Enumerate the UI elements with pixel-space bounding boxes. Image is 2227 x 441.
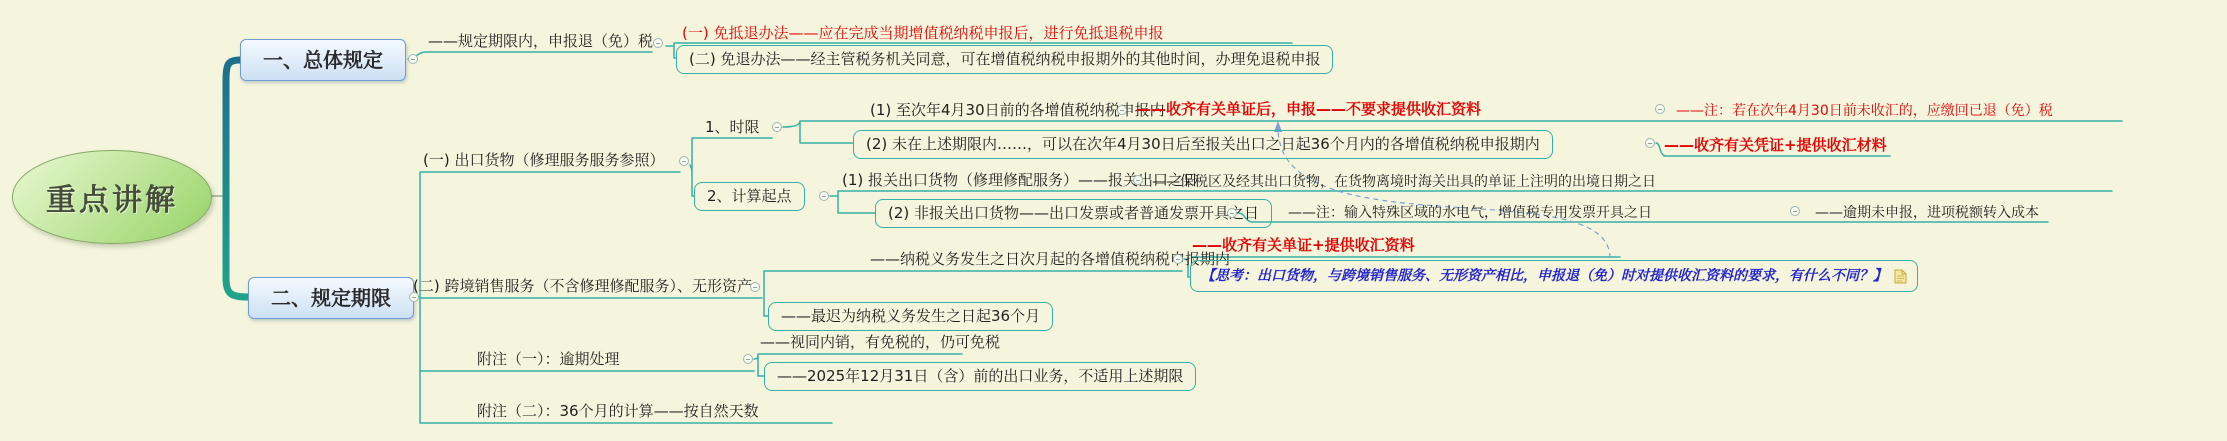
topic-general-rules[interactable]: 一、总体规定 (240, 39, 406, 81)
topic-export-goods[interactable]: (一) 出口货物（修理服务服务参照） (423, 151, 664, 170)
topic-exempt-refund-method[interactable]: (二) 免退办法——经主管税务机关同意，可在增值税纳税申报期外的其他时间，办理免… (676, 45, 1333, 74)
collapse-icon[interactable] (750, 282, 760, 292)
topic-declare-within-period[interactable]: ——规定期限内，申报退（免）税 (428, 32, 653, 51)
topic-time-limit[interactable]: 1、时限 (705, 118, 760, 137)
topic-think-question[interactable]: 【思考：出口货物，与跨境销售服务、无形资产相比，申报退（免）时对提供收汇资料的要… (1190, 260, 1918, 292)
topic-annex2-36month-counting[interactable]: 附注（二）：36个月的计算——按自然天数 (477, 402, 759, 421)
collapse-icon[interactable] (819, 191, 829, 201)
collapse-icon[interactable] (1117, 105, 1127, 115)
topic-bonded-zone-note[interactable]: ——保税区及经其出口货物，在货物离境时海关出具的单证上注明的出境日期之日 (1152, 173, 1656, 191)
collapse-icon[interactable] (1790, 206, 1800, 216)
topic-exempt-credit-refund-method[interactable]: (一) 免抵退办法——应在完成当期增值税纳税申报后，进行免抵退税申报 (682, 24, 1163, 43)
topic-prescribed-period[interactable]: 二、规定期限 (248, 277, 414, 319)
think-question-text: 【思考：出口货物，与跨境销售服务、无形资产相比，申报退（免）时对提供收汇资料的要… (1201, 266, 1887, 286)
topic-overdue-input-tax-to-cost[interactable]: ——逾期未申报，进项税额转入成本 (1815, 204, 2039, 222)
collapse-icon[interactable] (1173, 254, 1183, 264)
collapse-icon[interactable] (1645, 138, 1655, 148)
topic-note-repay-if-no-forex[interactable]: ——注：若在次年4月30日前未收汇的，应缴回已退（免）税 (1676, 102, 2053, 120)
topic-non-declared-goods[interactable]: (2) 非报关出口货物——出口发票或者普通发票开具之日 (875, 199, 1272, 228)
topic-special-zone-utilities-note[interactable]: ——注：输入特殊区域的水电气，增值税专用发票开具之日 (1288, 204, 1652, 222)
root-topic-label: 重点讲解 (46, 175, 178, 219)
collapse-icon[interactable] (408, 54, 418, 64)
topic-annex1-overdue-handling[interactable]: 附注（一）：逾期处理 (477, 350, 620, 369)
topic-collect-documents-forex[interactable]: ——收齐有关单证+提供收汇资料 (1192, 236, 1415, 255)
topic-calculation-start[interactable]: 2、计算起点 (694, 182, 805, 211)
topic-cross-border-services[interactable]: (二) 跨境销售服务（不含修理修配服务）、无形资产 (413, 277, 752, 296)
collapse-icon[interactable] (1227, 208, 1237, 218)
topic-deemed-domestic-sale[interactable]: ——视同内销，有免税的，仍可免税 (760, 333, 1000, 352)
note-icon[interactable] (1894, 269, 1907, 284)
topic-collect-vouchers-forex[interactable]: ——收齐有关凭证+提供收汇材料 (1664, 136, 1887, 155)
topic-before-2025-exception[interactable]: ——2025年12月31日（含）前的出口业务，不适用上述期限 (764, 362, 1196, 391)
topic-customs-declared-goods[interactable]: (1) 报关出口货物（修理修配服务）——报关出口之日 (842, 171, 1198, 190)
collapse-icon[interactable] (679, 156, 689, 166)
collapse-icon[interactable] (1133, 175, 1143, 185)
collapse-icon[interactable] (653, 38, 663, 48)
topic-latest-36-months[interactable]: ——最迟为纳税义务发生之日起36个月 (768, 302, 1053, 331)
root-topic[interactable]: 重点讲解 (12, 150, 212, 244)
collapse-icon[interactable] (409, 292, 419, 302)
trunk-branch (226, 60, 248, 297)
mindmap-canvas: 重点讲解 一、总体规定 ——规定期限内，申报退（免）税 (一) 免抵退办法——应… (0, 0, 2227, 441)
collapse-icon[interactable] (743, 354, 753, 364)
collapse-icon[interactable] (772, 122, 782, 132)
topic-collect-documents-declare[interactable]: ——收齐有关单证后，申报——不要求提供收汇资料 (1136, 100, 1481, 119)
collapse-icon[interactable] (1655, 104, 1665, 114)
topic-beyond-period-36months[interactable]: (2) 未在上述期限内……，可以在次年4月30日后至报关出口之日起36个月内的各… (853, 130, 1553, 159)
